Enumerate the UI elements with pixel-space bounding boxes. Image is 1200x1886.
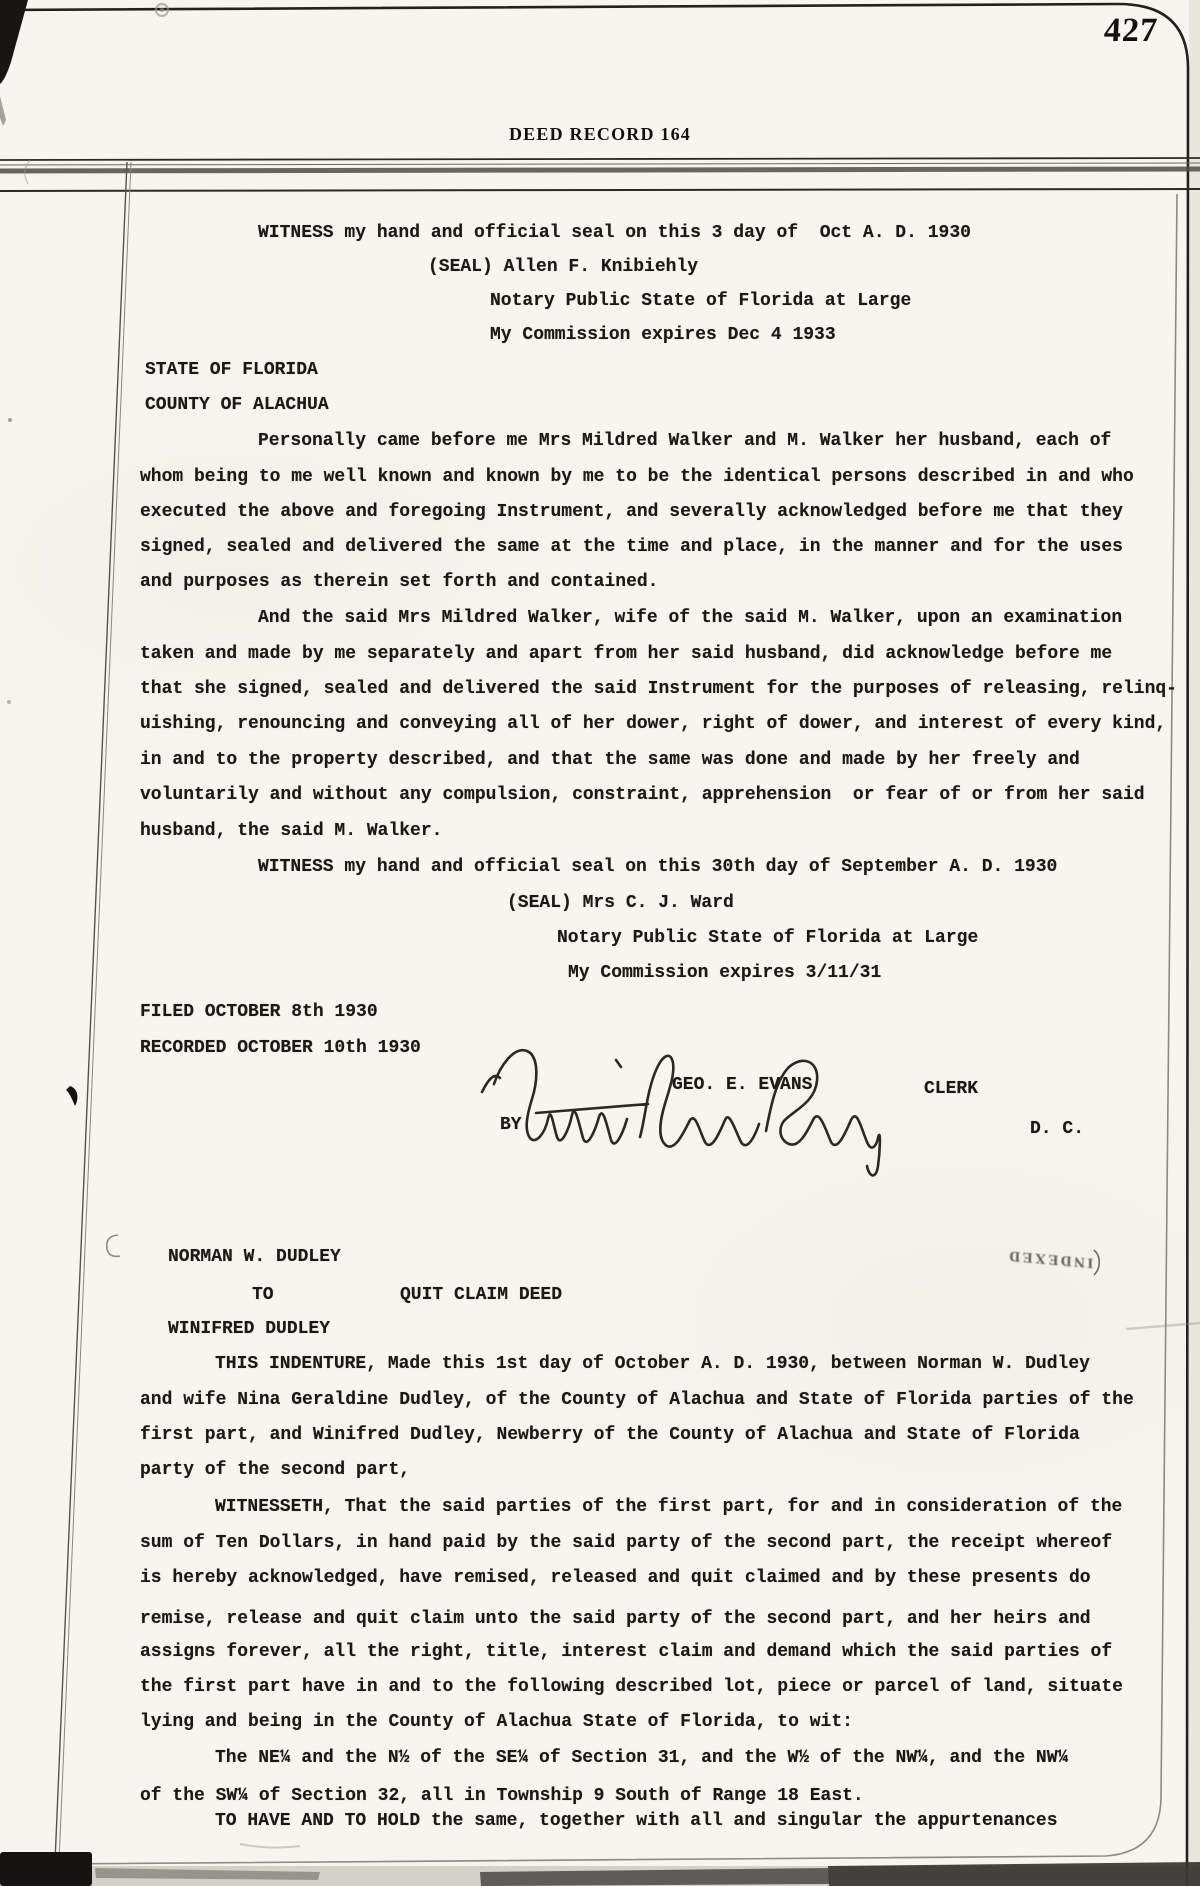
page-number: 427: [1103, 12, 1159, 50]
text-line: voluntarily and without any compulsion, …: [140, 784, 1145, 806]
to-label: TO: [252, 1284, 274, 1306]
book-gutter-shadow: [0, 0, 28, 84]
book-title-header: DEED RECORD 164: [0, 124, 1200, 145]
commission-line: My Commission expires 3/11/31: [568, 962, 881, 984]
recorded-date-line: RECORDED OCTOBER 10th 1930: [140, 1037, 421, 1059]
text-line: in and to the property described, and th…: [140, 749, 1080, 771]
pencil-dash-mark: [1126, 1323, 1200, 1329]
header-rule-thin-1: [0, 158, 1200, 160]
text-line: uishing, renouncing and conveying all of…: [140, 713, 1166, 735]
text-line: WITNESSETH, That the said parties of the…: [215, 1496, 1122, 1518]
clerk-signature: [482, 1050, 880, 1175]
text-line: TO HAVE AND TO HOLD the same, together w…: [215, 1810, 1058, 1832]
filed-date-line: FILED OCTOBER 8th 1930: [140, 1001, 378, 1023]
clerk-name: GEO. E. EVANS: [672, 1074, 812, 1096]
by-label: BY: [500, 1114, 522, 1136]
grantor-name: NORMAN W. DUDLEY: [168, 1246, 341, 1268]
text-line: first part, and Winifred Dudley, Newberr…: [140, 1424, 1080, 1446]
header-rule-thin-2: [0, 163, 1200, 165]
jurat-witness-line: WITNESS my hand and official seal on thi…: [258, 222, 971, 244]
margin-dot-2: [7, 700, 11, 704]
text-line: that she signed, sealed and delivered th…: [140, 678, 1177, 700]
margin-dot-1: [8, 418, 12, 422]
text-line: executed the above and foregoing Instrum…: [140, 501, 1123, 523]
left-margin-rule-2: [59, 162, 131, 1862]
text-line: remise, release and quit claim unto the …: [140, 1608, 1091, 1630]
grantee-name: WINIFRED DUDLEY: [168, 1318, 330, 1340]
deed-record-page-scan: { "page": { "number": "427", "header": "…: [0, 0, 1200, 1886]
bottom-smear-right: [828, 1862, 1200, 1886]
notary-title-line: Notary Public State of Florida at Large: [490, 290, 911, 312]
text-line: sum of Ten Dollars, in hand paid by the …: [140, 1532, 1112, 1554]
text-line: And the said Mrs Mildred Walker, wife of…: [258, 607, 1122, 629]
text-line: lying and being in the County of Alachua…: [140, 1711, 853, 1733]
instrument-type: QUIT CLAIM DEED: [400, 1284, 562, 1306]
jurat-seal-line: (SEAL) Mrs C. J. Ward: [507, 892, 734, 914]
state-caption: STATE OF FLORIDA: [145, 359, 318, 381]
deputy-clerk-title: D. C.: [1030, 1118, 1084, 1140]
text-line: and wife Nina Geraldine Dudley, of the C…: [140, 1389, 1134, 1411]
text-line: assigns forever, all the right, title, i…: [140, 1641, 1112, 1663]
text-line: is hereby acknowledged, have remised, re…: [140, 1567, 1091, 1589]
legal-description-line: of the SW¼ of Section 32, all in Townshi…: [140, 1785, 864, 1807]
legal-description-line: The NE¼ and the N½ of the SE¼ of Section…: [215, 1747, 1068, 1769]
text-line: the first part have in and to the follow…: [140, 1676, 1123, 1698]
text-line: signed, sealed and delivered the same at…: [140, 536, 1123, 558]
text-line: taken and made by me separately and apar…: [140, 643, 1112, 665]
text-line: husband, the said M. Walker.: [140, 820, 442, 842]
jurat-witness-line: WITNESS my hand and official seal on thi…: [258, 856, 1057, 878]
notary-title-line: Notary Public State of Florida at Large: [557, 927, 978, 949]
commission-line: My Commission expires Dec 4 1933: [490, 324, 836, 346]
header-rule-thin-3: [0, 189, 1200, 191]
clerk-title: CLERK: [924, 1078, 978, 1100]
pen-blot-mark: [66, 1086, 77, 1106]
paper-speck-dot: [160, 8, 164, 12]
jurat-seal-line: (SEAL) Allen F. Knibiehly: [428, 256, 698, 278]
left-margin-rule: [55, 162, 127, 1862]
text-line: and purposes as therein set forth and co…: [140, 571, 658, 593]
bottom-dark-blob-left: [0, 1852, 92, 1886]
header-rule-thick: [0, 169, 1200, 171]
text-line: party of the second part,: [140, 1459, 410, 1481]
gutter-mark: [0, 96, 6, 126]
text-line: whom being to me well known and known by…: [140, 466, 1134, 488]
text-line: THIS INDENTURE, Made this 1st day of Oct…: [215, 1353, 1090, 1375]
text-line: Personally came before me Mrs Mildred Wa…: [258, 430, 1111, 452]
checkmark-curl: [107, 1235, 120, 1256]
bottom-scuff: [240, 1844, 300, 1848]
county-caption: COUNTY OF ALACHUA: [145, 394, 329, 416]
